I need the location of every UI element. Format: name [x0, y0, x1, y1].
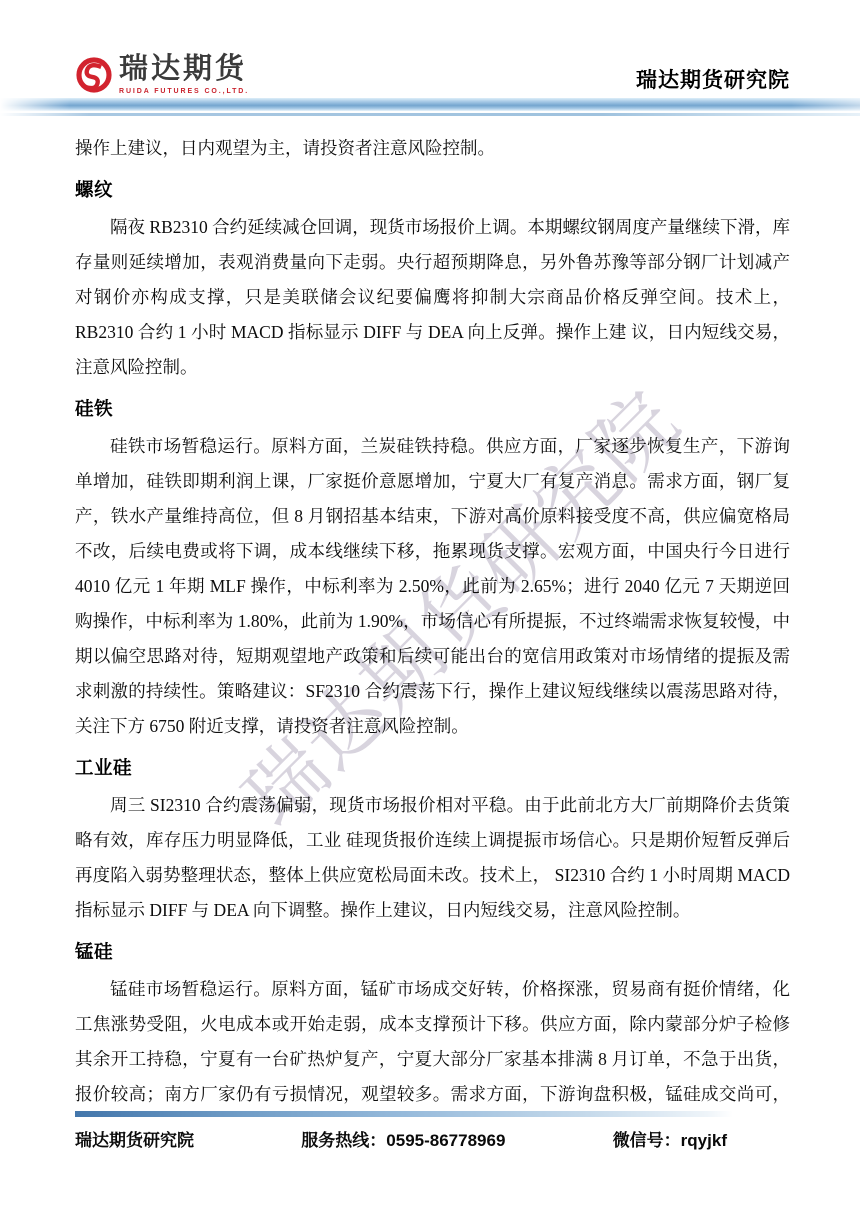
- section-title-rebar: 螺纹: [75, 178, 790, 202]
- footer-info-row: 瑞达期货研究院 服务热线：0595-86778969 微信号：rqyjkf: [75, 1126, 727, 1151]
- company-logo: 瑞达期货 RUIDA FUTURES CO.,LTD.: [75, 55, 249, 95]
- section-paragraph-industrial-silicon: 周三 SI2310 合约震荡偏弱，现货市场报价相对平稳。由于此前北方大厂前期降价…: [75, 788, 790, 928]
- logo-text-block: 瑞达期货 RUIDA FUTURES CO.,LTD.: [119, 55, 249, 95]
- ruida-logo-icon: [75, 56, 113, 94]
- footer-wechat-id: 微信号：rqyjkf: [613, 1126, 727, 1151]
- header-institute-title: 瑞达期货研究院: [636, 64, 790, 95]
- page-header: 瑞达期货 RUIDA FUTURES CO.,LTD. 瑞达期货研究院: [0, 0, 860, 98]
- logo-company-subtitle: RUIDA FUTURES CO.,LTD.: [119, 88, 249, 95]
- document-body: 操作上建议，日内观望为主，请投资者注意风险控制。 螺纹 隔夜 RB2310 合约…: [75, 131, 790, 1111]
- page-footer: 瑞达期货研究院 服务热线：0595-86778969 微信号：rqyjkf: [0, 1111, 860, 1151]
- intro-paragraph: 操作上建议，日内观望为主，请投资者注意风险控制。: [75, 131, 790, 166]
- footer-org-name: 瑞达期货研究院: [75, 1126, 194, 1151]
- section-paragraph-rebar: 隔夜 RB2310 合约延续减仓回调，现货市场报价上调。本期螺纹钢周度产量继续下…: [75, 210, 790, 385]
- section-paragraph-ferrosilicon: 硅铁市场暂稳运行。原料方面，兰炭硅铁持稳。供应方面，厂家逐步恢复生产，下游询单增…: [75, 429, 790, 744]
- header-gradient-bar: [0, 98, 860, 111]
- logo-company-name: 瑞达期货: [119, 55, 249, 84]
- section-title-silicon-manganese: 锰硅: [75, 940, 790, 964]
- report-page: 瑞达期货研究院 瑞达期货 RUIDA FUTURES CO.,LTD. 瑞达期货…: [0, 0, 860, 1217]
- header-thin-rule: [0, 113, 860, 116]
- footer-service-hotline: 服务热线：0595-86778969: [301, 1126, 505, 1151]
- section-paragraph-silicon-manganese: 锰硅市场暂稳运行。原料方面，锰矿市场成交好转，价格探涨，贸易商有挺价情绪，化工焦…: [75, 972, 790, 1111]
- section-title-ferrosilicon: 硅铁: [75, 397, 790, 421]
- footer-gradient-bar: [75, 1111, 733, 1117]
- section-title-industrial-silicon: 工业硅: [75, 756, 790, 780]
